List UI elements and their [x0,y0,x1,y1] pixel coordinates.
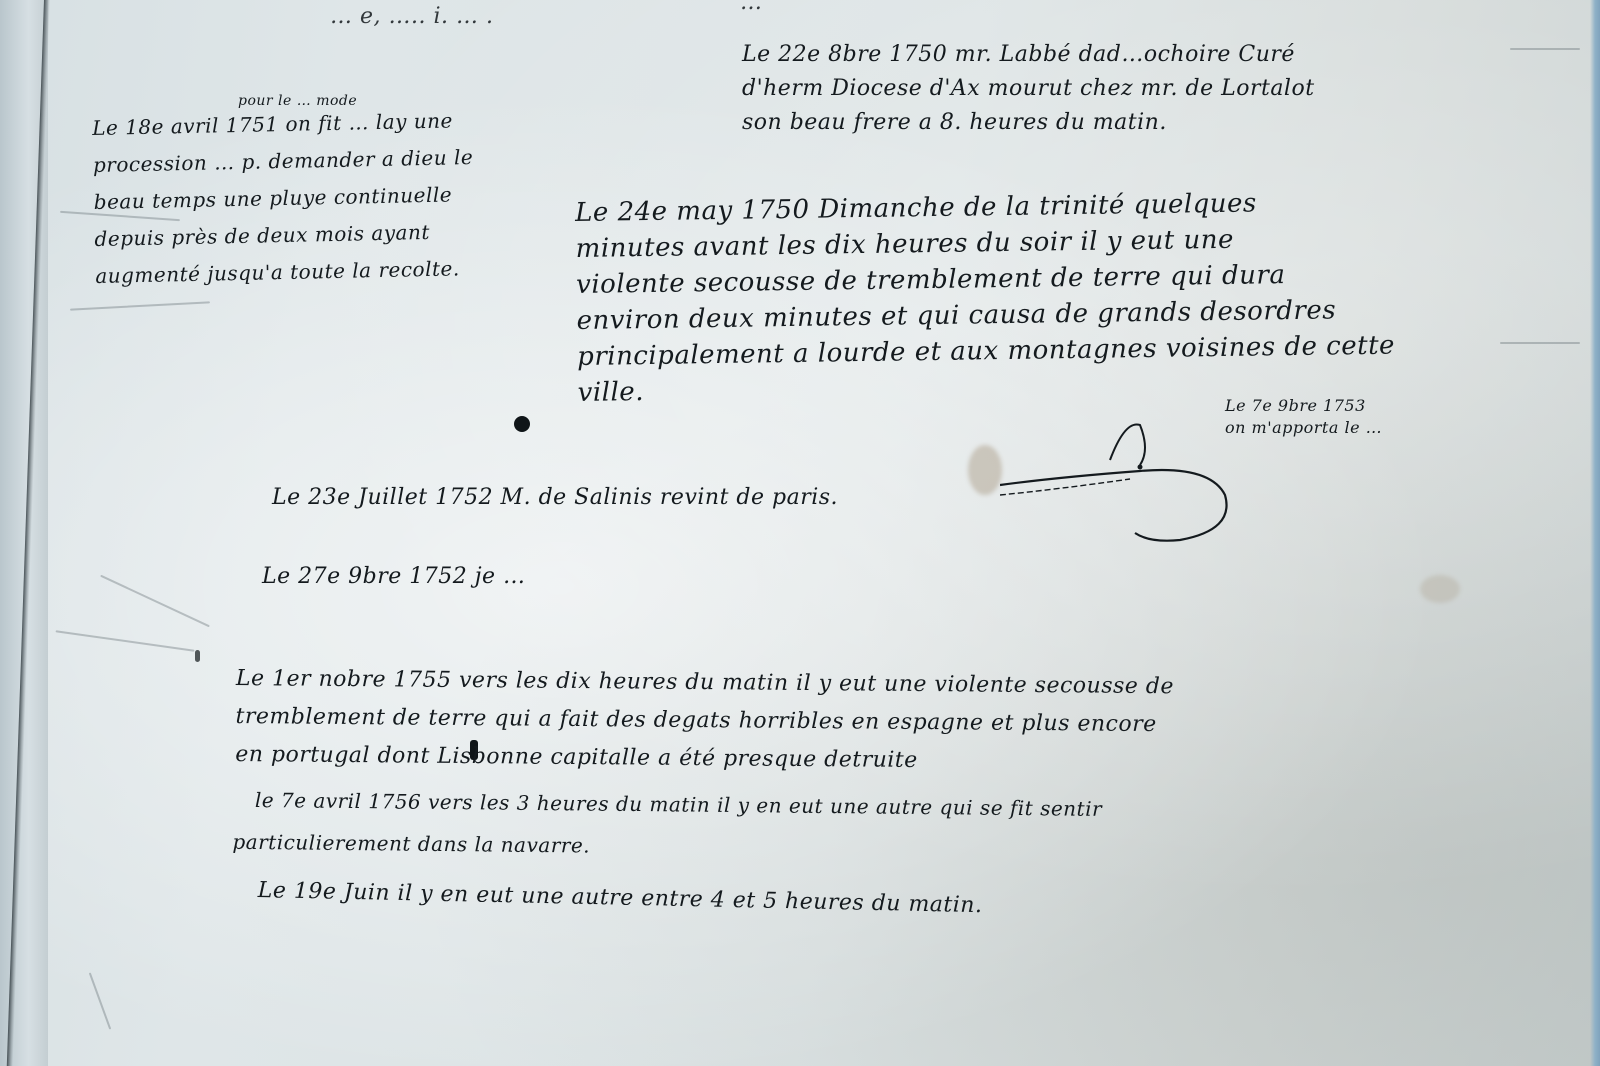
entry-1751-april: Le 18e avril 1751 on fit … lay une proce… [92,110,476,303]
paper-wrinkle [89,972,111,1029]
entry-line: particulierement dans la navarre. [232,832,1102,883]
manuscript-page: … e, ….. i. … . … Le 22e 8bre 1750 mr. L… [0,0,1600,1066]
cropped-text-fragment: … [740,0,763,14]
page-right-edge [1590,0,1600,1066]
entry-1750-may-earthquake: Le 24e may 1750 Dimanche de la trinité q… [575,189,1396,416]
entry-line: Le 19e Juin il y en eut une autre entre … [258,880,983,917]
entry-1752-july: Le 23e Juillet 1752 M. de Salinis revint… [272,487,838,509]
ink-blot [514,416,530,432]
paper-wrinkle [1500,342,1580,344]
entry-1756-april: le 7e avril 1756 vers les 3 heures du ma… [254,790,1102,883]
cropped-text-fragment: … e, ….. i. … . [330,6,494,28]
ink-blot [195,650,200,662]
fragment-text: … e, ….. i. … . [330,4,494,29]
fragment-text: … [740,0,763,15]
entry-1755-lisbon-earthquake: Le 1er nobre 1755 vers les dix heures du… [235,668,1174,790]
paraph-flourish-icon [1000,415,1240,545]
note-text: pour le … mode [238,93,357,109]
entry-1756-june: Le 19e Juin il y en eut une autre entre … [258,880,983,917]
paper-stain [968,445,1002,495]
entry-line: Le 27e 9bre 1752 je … [262,566,526,588]
entry-line: Le 22e 8bre 1750 mr. Labbé dad…ochoire C… [742,44,1315,78]
entry-1750-october: Le 22e 8bre 1750 mr. Labbé dad…ochoire C… [742,44,1315,146]
entry-1753-november: Le 7e 9bre 1753 on m'apporta le … [1225,398,1382,442]
entry-line: augmenté jusqu'a toute la recolte. [95,258,476,303]
paper-wrinkle [100,575,210,628]
entry-line: on m'apporta le … [1225,420,1382,442]
paper-stain [1420,575,1460,603]
paper-wrinkle [1510,48,1580,50]
entry-line: en portugal dont Lisbonne capitalle a ét… [235,744,1173,790]
paper-wrinkle [70,301,210,310]
entry-line: Le 23e Juillet 1752 M. de Salinis revint… [272,487,838,509]
entry-line: Le 7e 9bre 1753 [1225,398,1382,420]
entry-1752-november: Le 27e 9bre 1752 je … [262,566,526,588]
entry-line: son beau frere a 8. heures du matin. [742,112,1315,146]
entry-line: d'herm Diocese d'Ax mourut chez mr. de L… [742,78,1315,112]
interlinear-note: pour le … mode [238,94,357,108]
paper-wrinkle [56,630,195,651]
